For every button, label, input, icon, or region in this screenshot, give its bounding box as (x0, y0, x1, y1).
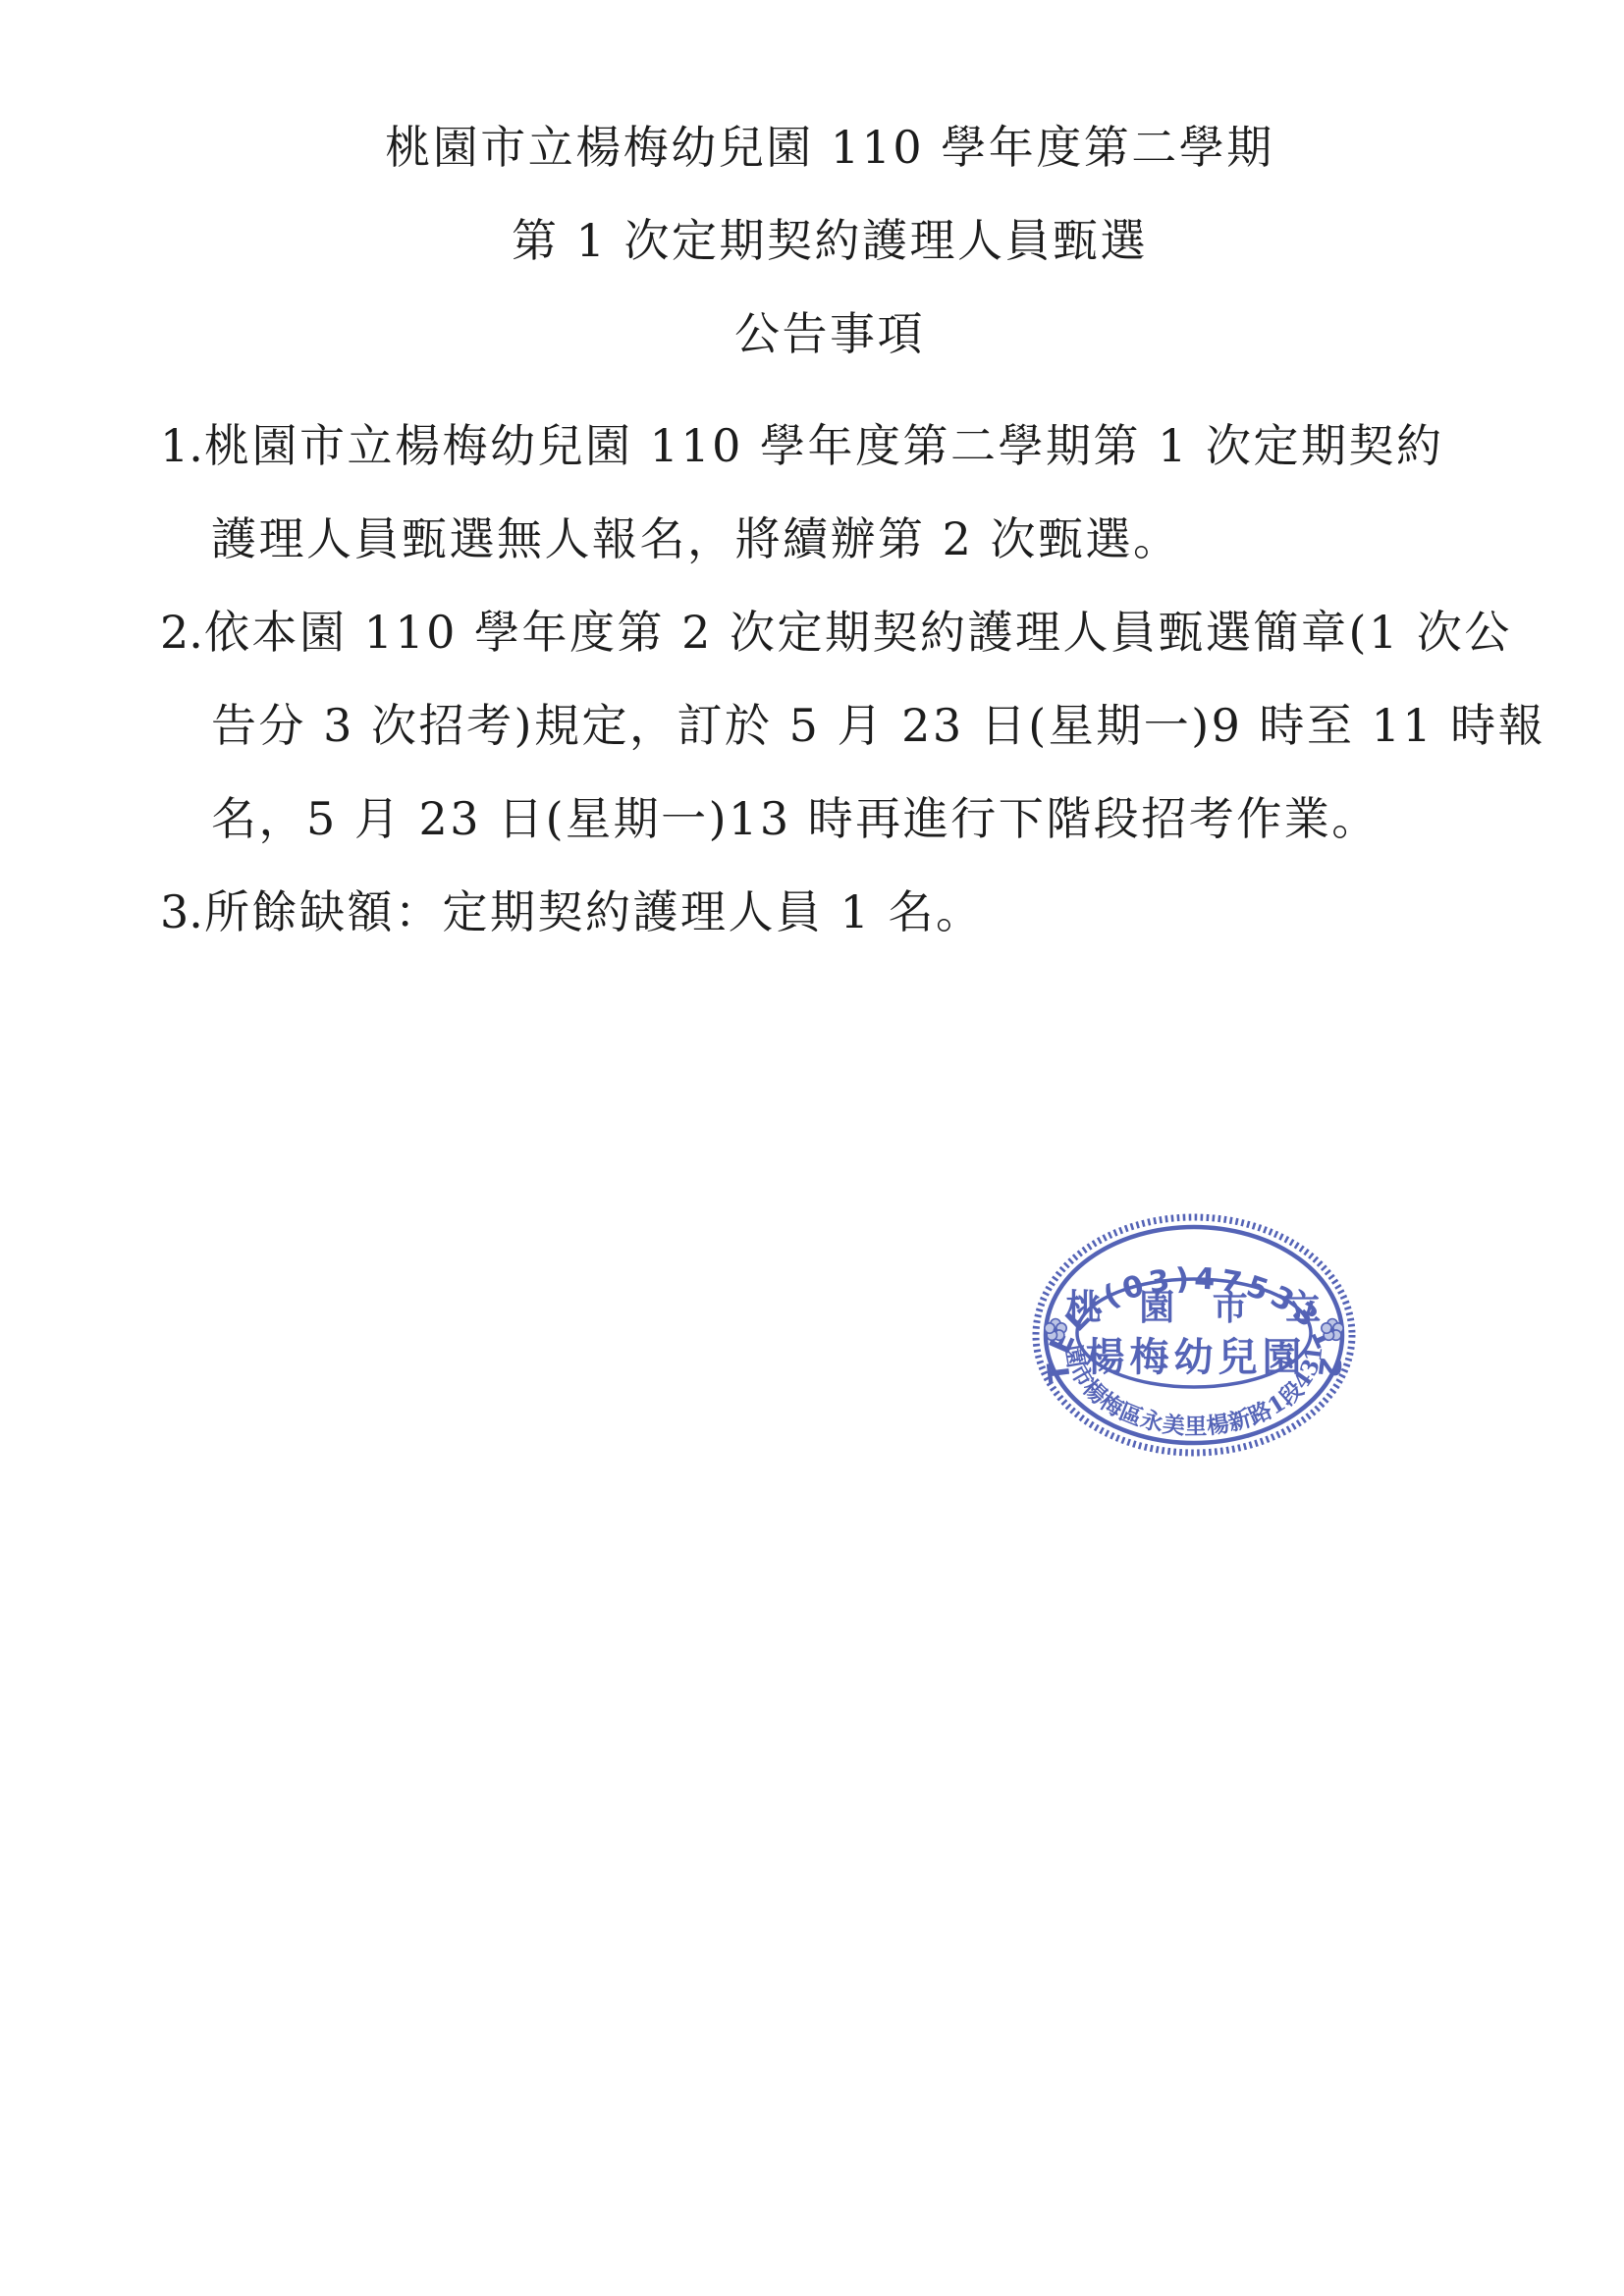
official-stamp: TEL:(03)4753312 桃園市楊梅區永美里楊新路1段431號 桃 園 市… (1027, 1209, 1361, 1461)
item-number: 2. (160, 586, 204, 679)
item-text: 桃園市立楊梅幼兒園 110 學年度第二學期第 1 次定期契約 (204, 419, 1444, 472)
text-line: 告分 3 次招考)規定，訂於 5 月 23 日(星期一)9 時至 11 時報 (157, 679, 1502, 773)
document-page: 桃園市立楊梅幼兒園 110 學年度第二學期 第 1 次定期契約護理人員甄選 公告… (0, 0, 1624, 2296)
text-line: 3.所餘缺額：定期契約護理人員 1 名。 (157, 866, 1502, 959)
title-line-3: 公告事項 (157, 288, 1502, 381)
item-text: 所餘缺額：定期契約護理人員 1 名。 (204, 885, 984, 938)
title-line-1: 桃園市立楊梅幼兒園 110 學年度第二學期 (157, 101, 1502, 194)
title-line-2: 第 1 次定期契約護理人員甄選 (157, 194, 1502, 288)
text-line: 護理人員甄選無人報名，將續辦第 2 次甄選。 (157, 493, 1502, 586)
text-line: 2.依本園 110 學年度第 2 次定期契約護理人員甄選簡章(1 次公 (157, 586, 1502, 679)
item-text: 依本園 110 學年度第 2 次定期契約護理人員甄選簡章(1 次公 (204, 606, 1512, 659)
text-line: 名，5 月 23 日(星期一)13 時再進行下階段招考作業。 (157, 773, 1502, 866)
item-number: 3. (160, 866, 204, 959)
stamp-org-name-line2: 楊梅幼兒園 (1086, 1334, 1307, 1380)
announcement-item-3: 3.所餘缺額：定期契約護理人員 1 名。 (157, 866, 1502, 959)
announcement-item-2: 2.依本園 110 學年度第 2 次定期契約護理人員甄選簡章(1 次公 告分 3… (157, 586, 1502, 866)
announcement-item-1: 1.桃園市立楊梅幼兒園 110 學年度第二學期第 1 次定期契約 護理人員甄選無… (157, 400, 1502, 586)
text-line: 1.桃園市立楊梅幼兒園 110 學年度第二學期第 1 次定期契約 (157, 400, 1502, 493)
announcement-document: 桃園市立楊梅幼兒園 110 學年度第二學期 第 1 次定期契約護理人員甄選 公告… (0, 0, 1624, 959)
stamp-org-name-line1: 桃 園 市 立 (1066, 1287, 1334, 1328)
announcement-list: 1.桃園市立楊梅幼兒園 110 學年度第二學期第 1 次定期契約 護理人員甄選無… (157, 400, 1502, 959)
item-number: 1. (160, 400, 204, 493)
